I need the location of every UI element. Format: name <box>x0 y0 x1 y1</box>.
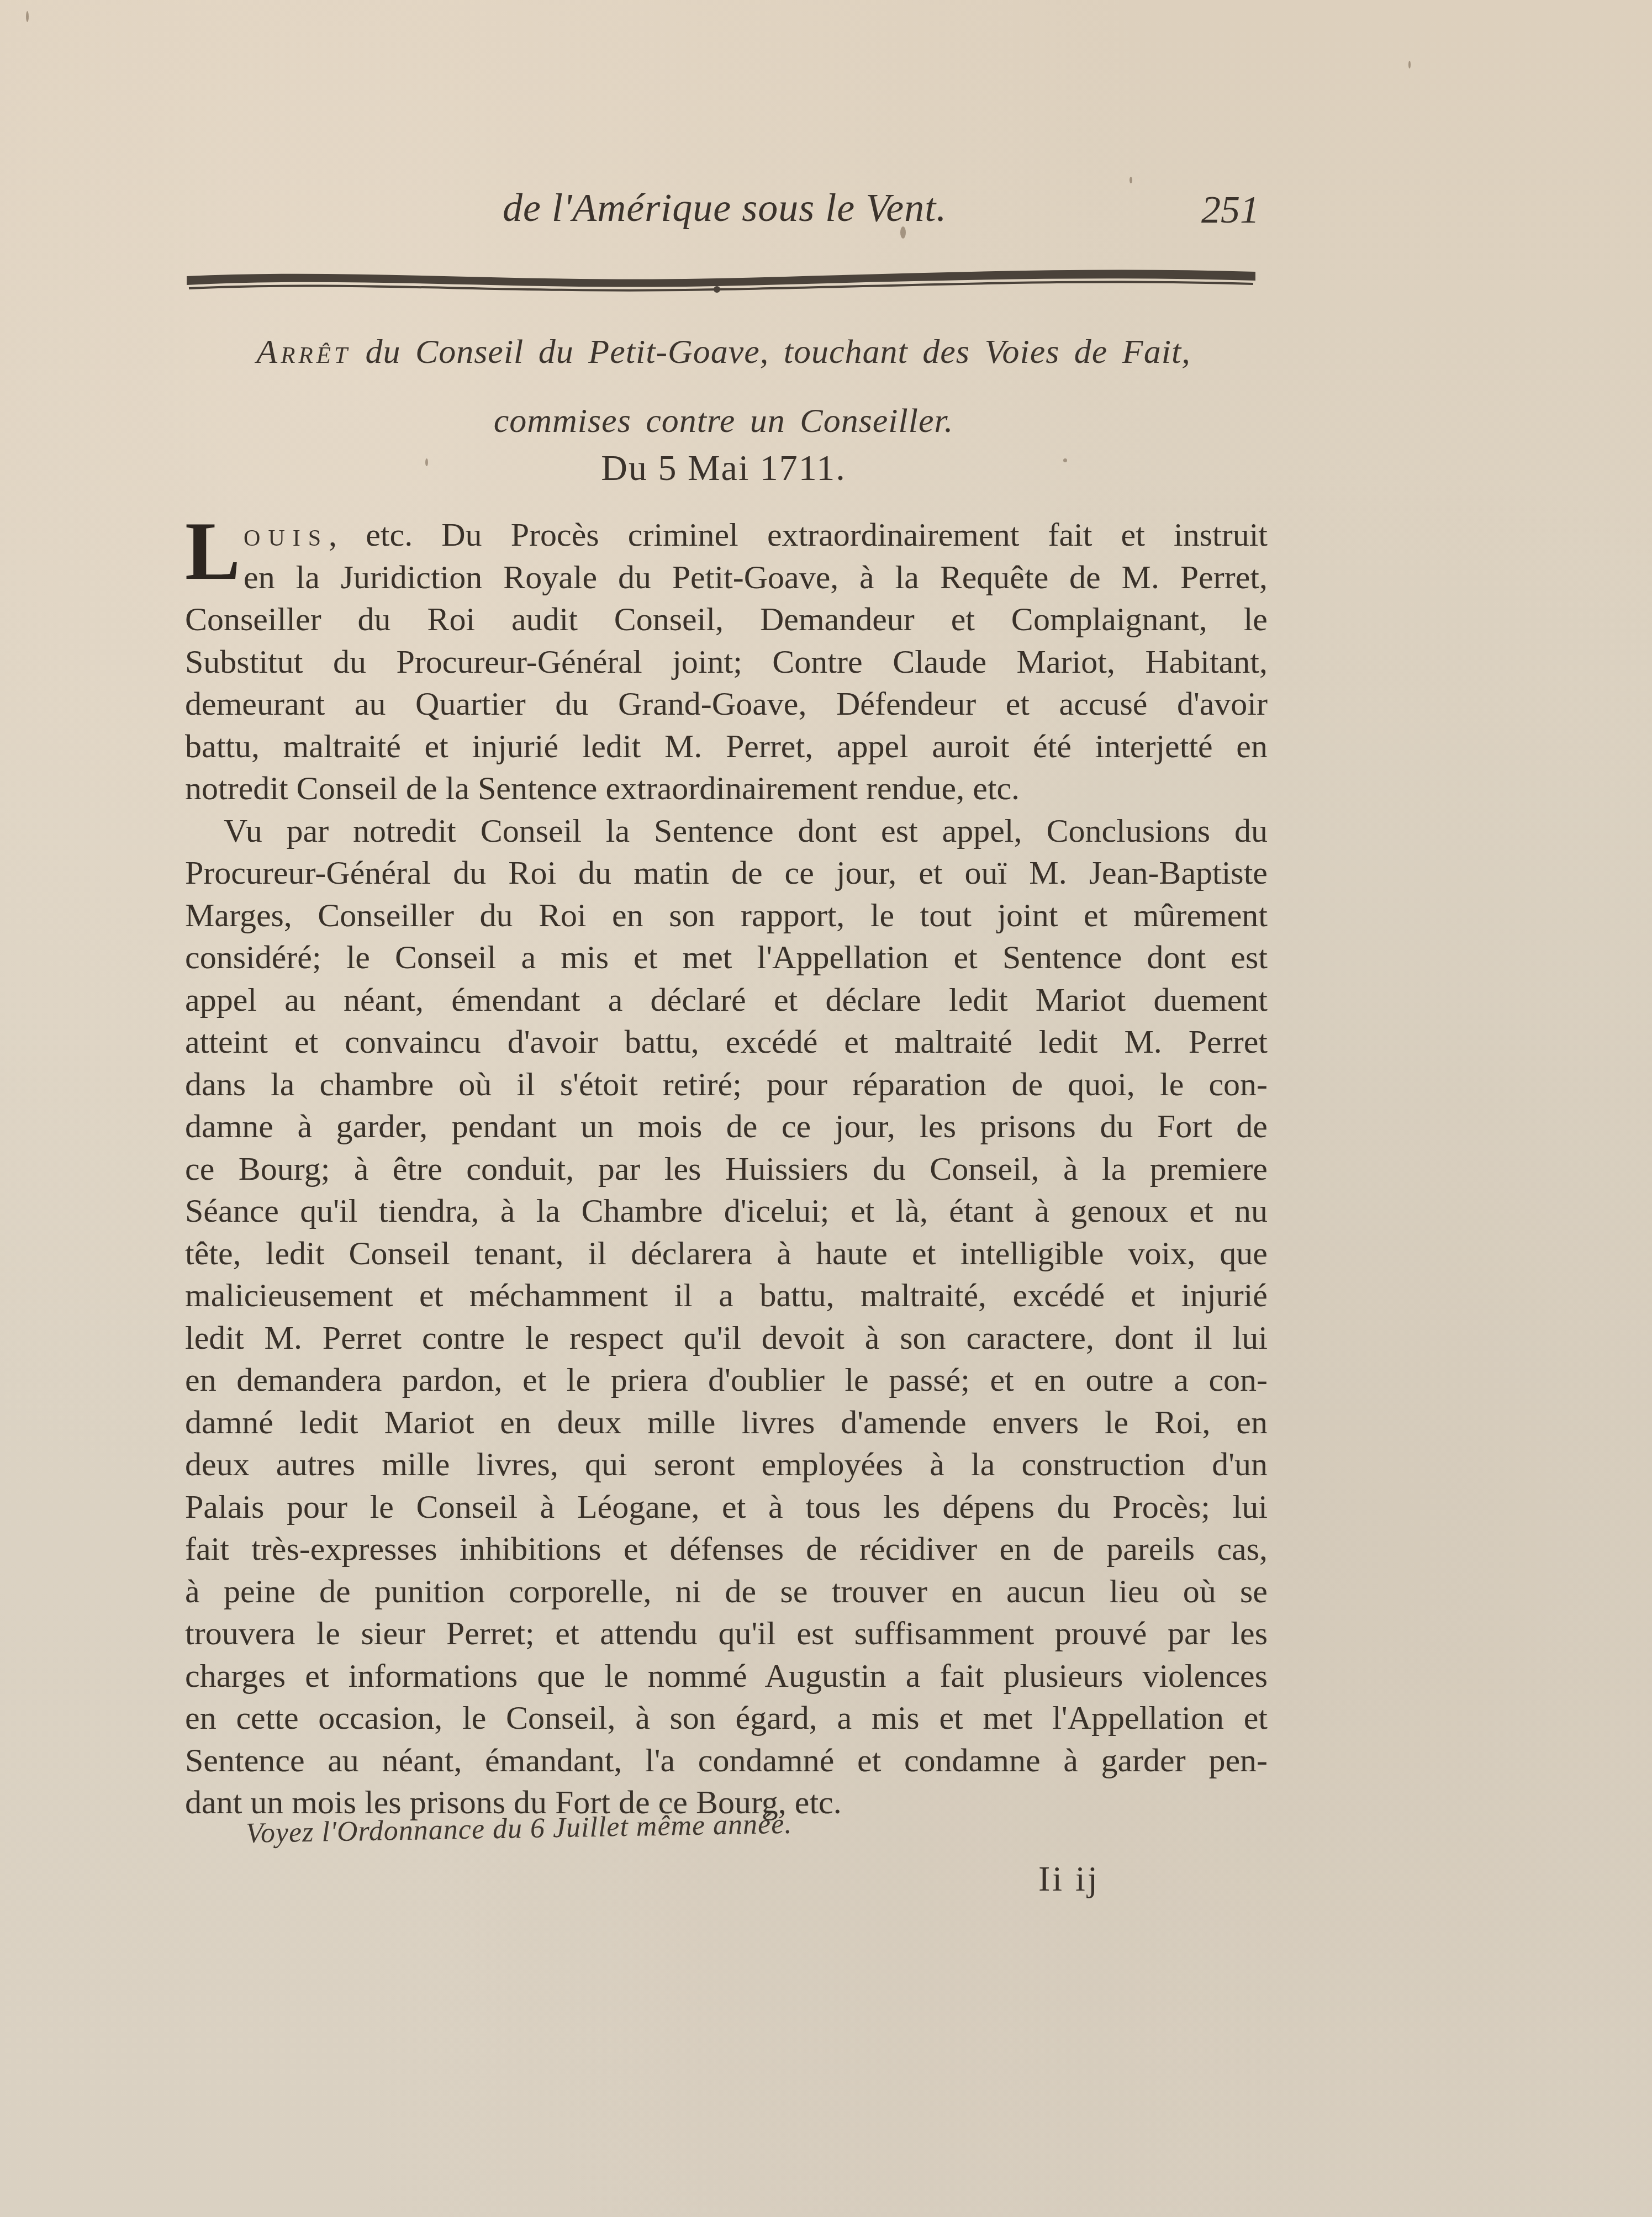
title-line-1: Arrêt du Conseil du Petit-Goave, touchan… <box>182 318 1265 387</box>
decree-date: Du 5 Mai 1711. <box>182 447 1265 489</box>
text-line: en demandera pardon, et le priera d'oubl… <box>185 1359 1268 1401</box>
text-line: considéré; le Conseil a mis et met l'App… <box>185 936 1268 979</box>
text-line: malicieusement et méchamment il a battu,… <box>185 1274 1268 1317</box>
text-line: à peine de punition corporelle, ni de se… <box>185 1570 1268 1613</box>
text-line: Palais pour le Conseil à Léogane, et à t… <box>185 1486 1268 1528</box>
title-lead-word: Arrêt <box>256 333 351 371</box>
drop-cap: L <box>185 518 240 584</box>
book-page: de l'Amérique sous le Vent. 251 Arrêt du… <box>0 0 1652 2217</box>
running-title: de l'Amérique sous le Vent. <box>503 185 947 231</box>
text-line: Sentence au néant, émandant, l'a condamn… <box>185 1739 1268 1782</box>
text-line: atteint et convaincu d'avoir battu, excé… <box>185 1021 1268 1063</box>
printer-signature-mark: Ii ij <box>1038 1859 1100 1899</box>
decorative-rule-ornament <box>187 264 1255 297</box>
text-line: dans la chambre où il s'étoit retiré; po… <box>185 1063 1268 1106</box>
text-line: Séance qu'il tiendra, à la Chambre d'ice… <box>185 1190 1268 1232</box>
page-number: 251 <box>1201 188 1259 233</box>
decree-body: L ouis, etc. Du Procès criminel extraord… <box>185 514 1268 1824</box>
running-header: de l'Amérique sous le Vent. 251 <box>188 185 1259 246</box>
text-line: Vu par notredit Conseil la Sentence dont… <box>185 810 1268 852</box>
text-line: Substitut du Procureur-Général joint; Co… <box>185 641 1268 683</box>
text-line: battu, maltraité et injurié ledit M. Per… <box>185 725 1268 768</box>
text-line: notredit Conseil de la Sentence extraord… <box>185 767 1268 810</box>
paragraph-1: L ouis, etc. Du Procès criminel extraord… <box>185 514 1268 810</box>
paper-speck <box>1408 61 1411 68</box>
text-line: Conseiller du Roi audit Conseil, Demande… <box>185 598 1268 641</box>
text-line: en la Juridiction Royale du Petit-Goave,… <box>185 556 1268 599</box>
text-line: appel au néant, émendant a déclaré et dé… <box>185 979 1268 1021</box>
lead-caps: ouis <box>244 516 329 553</box>
text-line: deux autres mille livres, qui seront emp… <box>185 1443 1268 1486</box>
text-line: en cette occasion, le Conseil, à son éga… <box>185 1697 1268 1739</box>
text-line: ce Bourg; à être conduit, par les Huissi… <box>185 1148 1268 1190</box>
title-line-1-rest: du Conseil du Petit-Goave, touchant des … <box>365 333 1190 371</box>
text-line: tête, ledit Conseil tenant, il déclarera… <box>185 1232 1268 1275</box>
paragraph-2: Vu par notredit Conseil la Sentence dont… <box>185 810 1268 1824</box>
text-line: Marges, Conseiller du Roi en son rapport… <box>185 894 1268 937</box>
paper-speck <box>900 226 906 239</box>
text-line: fait très-expresses inhibitions et défen… <box>185 1528 1268 1570</box>
paper-speck <box>1063 458 1067 462</box>
text-line: trouvera le sieur Perret; et attendu qu'… <box>185 1612 1268 1655</box>
arret-title: Arrêt du Conseil du Petit-Goave, touchan… <box>182 318 1265 456</box>
text-line: demeurant au Quartier du Grand-Goave, Dé… <box>185 683 1268 725</box>
paper-speck <box>425 458 428 466</box>
text-line: ledit M. Perret contre le respect qu'il … <box>185 1317 1268 1359</box>
text-line: Procureur-Général du Roi du matin de ce … <box>185 852 1268 894</box>
paper-speck <box>1130 177 1132 183</box>
paper-speck <box>26 11 29 22</box>
title-line-2: commises contre un Conseiller. <box>182 387 1265 456</box>
text-line: damne à garder, pendant un mois de ce jo… <box>185 1105 1268 1148</box>
text-line: damné ledit Mariot en deux mille livres … <box>185 1401 1268 1444</box>
text-line: ouis, etc. Du Procès criminel extraordin… <box>185 514 1268 556</box>
text-line: charges et informations que le nommé Aug… <box>185 1655 1268 1697</box>
